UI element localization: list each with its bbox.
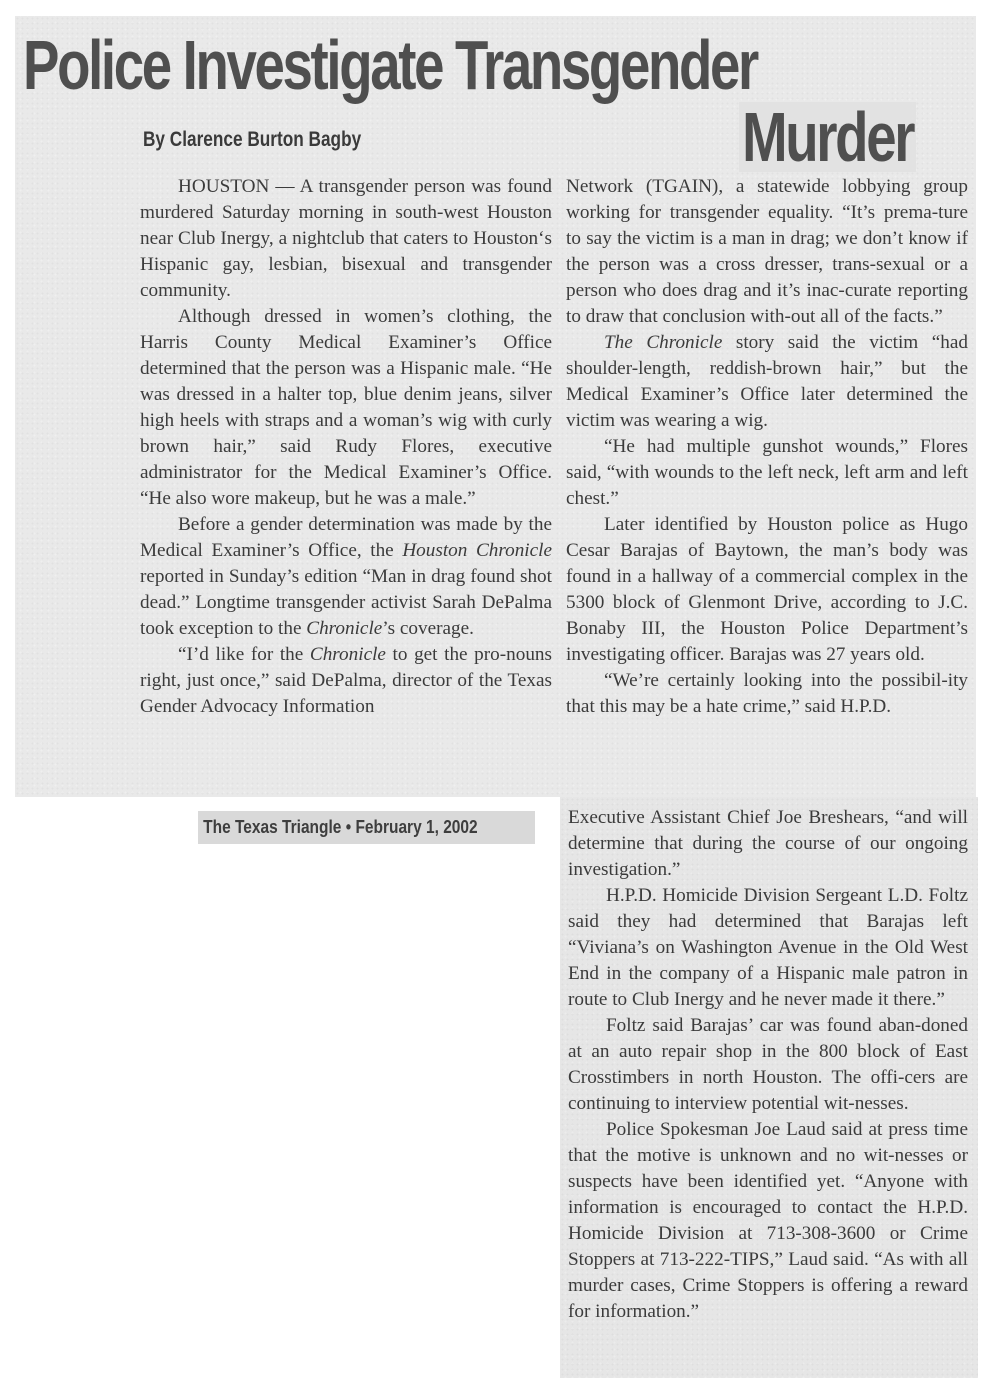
paragraph: Although dressed in women’s clothing, th… — [140, 304, 552, 512]
text-run: ’s coverage. — [382, 618, 474, 639]
publication-name: The Texas Triangle — [203, 817, 341, 837]
paragraph: Later identified by Houston police as Hu… — [566, 512, 968, 668]
publication-name: Houston Chronicle — [402, 540, 552, 561]
paragraph: H.P.D. Homicide Division Sergeant L.D. F… — [568, 883, 968, 1013]
headline-continuation: Murder — [739, 102, 916, 172]
publication-name: The Chronicle — [604, 332, 722, 353]
paragraph: “We’re certainly looking into the possib… — [566, 668, 968, 720]
headline: Police Investigate Transgender — [23, 30, 757, 100]
paragraph: “I’d like for the Chronicle to get the p… — [140, 642, 552, 720]
bullet-separator: • — [346, 817, 351, 837]
article-column-right: Network (TGAIN), a statewide lobbying gr… — [566, 174, 968, 720]
publication-name: Chronicle — [306, 618, 382, 639]
paragraph: Foltz said Barajas’ car was found aban-d… — [568, 1013, 968, 1117]
publication-date: February 1, 2002 — [355, 817, 477, 837]
source-caption: The Texas Triangle • February 1, 2002 — [198, 811, 535, 844]
article-column-left: HOUSTON — A transgender person was found… — [140, 174, 552, 720]
paragraph: “He had multiple gunshot wounds,” Flores… — [566, 434, 968, 512]
article-clipping-continuation: Executive Assistant Chief Joe Breshears,… — [560, 797, 978, 1378]
article-column-continuation: Executive Assistant Chief Joe Breshears,… — [568, 805, 968, 1325]
paragraph: Executive Assistant Chief Joe Breshears,… — [568, 805, 968, 883]
article-clipping-main: Police Investigate Transgender Murder By… — [15, 16, 976, 797]
text-run: “I’d like for the — [178, 644, 310, 665]
paragraph: The Chronicle story said the victim “had… — [566, 330, 968, 434]
byline: By Clarence Burton Bagby — [143, 128, 361, 152]
paragraph: Network (TGAIN), a statewide lobbying gr… — [566, 174, 968, 330]
paragraph: Police Spokesman Joe Laud said at press … — [568, 1117, 968, 1325]
publication-name: Chronicle — [310, 644, 386, 665]
paragraph: HOUSTON — A transgender person was found… — [140, 174, 552, 304]
paragraph: Before a gender determination was made b… — [140, 512, 552, 642]
